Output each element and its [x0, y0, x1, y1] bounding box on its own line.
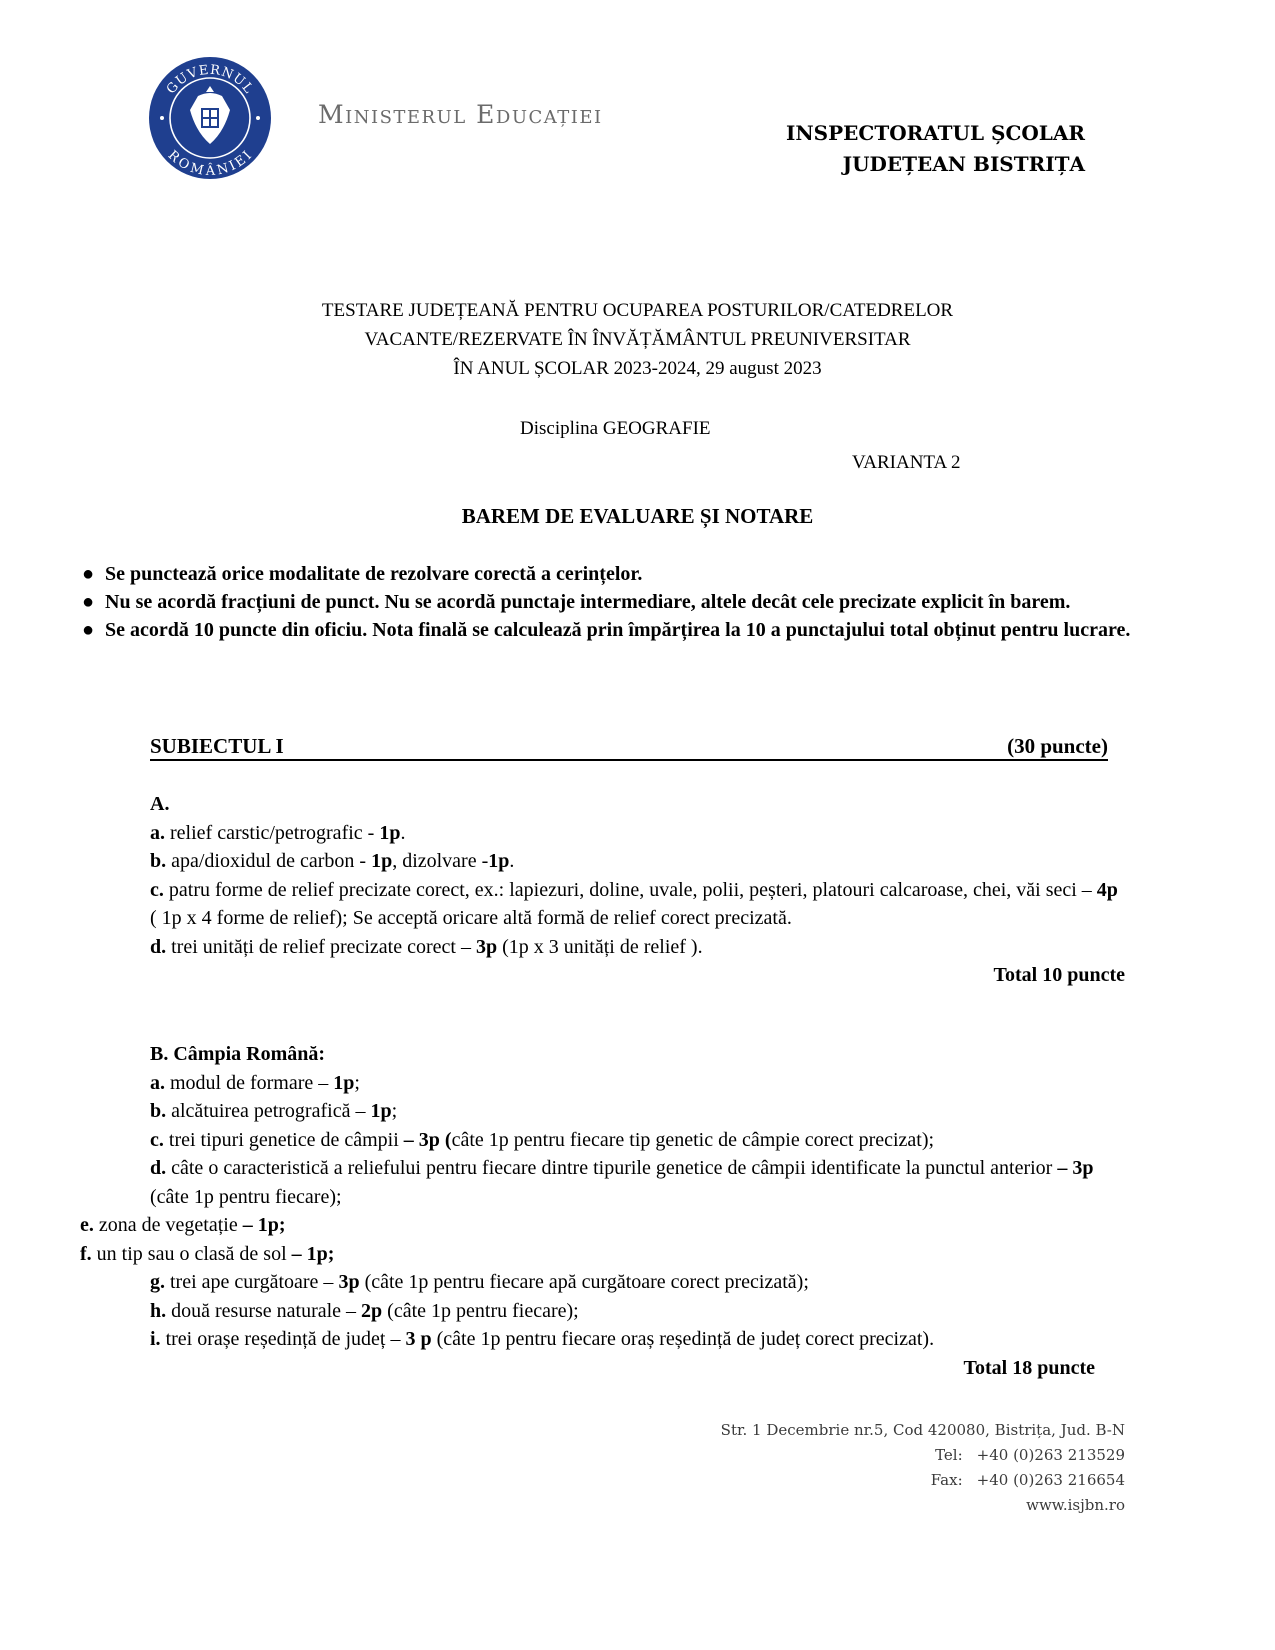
barem-title: BAREM DE EVALUARE ȘI NOTARE [0, 504, 1275, 529]
document-page: GUVERNUL ROMÂNIEI Ministerul Educației I… [0, 0, 1275, 1650]
scoring-item: a. modul de formare – 1p; [150, 1069, 1125, 1098]
item-points: – 1p; [243, 1214, 286, 1236]
discipline: Disciplina GEOGRAFIE [520, 418, 711, 440]
footer-address: Str. 1 Decembrie nr.5, Cod 420080, Bistr… [721, 1418, 1125, 1443]
item-letter: d. [150, 936, 171, 958]
title-line-2: VACANTE/REZERVATE ÎN ÎNVĂȚĂMÂNTUL PREUNI… [0, 325, 1275, 354]
item-text: ; [354, 1072, 360, 1094]
item-letter: a. [150, 822, 170, 844]
item-letter: e. [80, 1214, 99, 1236]
item-text: alcătuirea petrografică – [171, 1100, 370, 1122]
item-letter: c. [150, 1129, 169, 1151]
scoring-item: b. alcătuirea petrografică – 1p; [150, 1097, 1125, 1126]
subject-points: (30 puncte) [1007, 733, 1108, 759]
item-text: un tip sau o clasă de sol [97, 1243, 292, 1265]
fax-label: Fax: [931, 1468, 963, 1493]
footer-website[interactable]: www.isjbn.ro [721, 1493, 1125, 1518]
tel-label: Tel: [935, 1443, 963, 1468]
item-points: 1p [333, 1072, 354, 1094]
section-a: A. a. relief carstic/petrografic - 1p.b.… [150, 790, 1125, 990]
rule-text: Nu se acordă fracțiuni de punct. Nu se a… [100, 591, 1070, 613]
document-title: TESTARE JUDEȚEANĂ PENTRU OCUPAREA POSTUR… [0, 296, 1275, 383]
item-text: zona de vegetație [99, 1214, 243, 1236]
item-text: modul de formare – [170, 1072, 333, 1094]
contact-footer: Str. 1 Decembrie nr.5, Cod 420080, Bistr… [721, 1418, 1125, 1518]
item-text: ( 1p x 4 forme de relief); Se acceptă or… [150, 907, 792, 929]
item-points: 4p [1097, 879, 1118, 901]
scoring-item: d. trei unități de relief precizate core… [150, 933, 1125, 962]
item-points: 1p [370, 1100, 391, 1122]
scoring-item: h. două resurse naturale – 2p (câte 1p p… [150, 1297, 1125, 1326]
tel-value: +40 (0)263 213529 [977, 1446, 1125, 1464]
item-letter: b. [150, 850, 171, 872]
inspectorate-line-2: JUDEȚEAN BISTRIȚA [786, 149, 1085, 180]
item-text: două resurse naturale – [171, 1300, 361, 1322]
inspectorate-line-1: INSPECTORATUL ȘCOLAR [786, 118, 1085, 149]
scoring-item: d. câte o caracteristică a reliefului pe… [150, 1154, 1125, 1211]
item-points: 3p [338, 1271, 359, 1293]
item-points: 1p [371, 850, 392, 872]
scoring-item: a. relief carstic/petrografic - 1p. [150, 819, 1125, 848]
footer-tel: Tel:+40 (0)263 213529 [721, 1443, 1125, 1468]
scoring-item: i. trei orașe reședință de județ – 3 p (… [150, 1325, 1125, 1354]
item-points: – 3p [1057, 1157, 1093, 1179]
item-letter: b. [150, 1100, 171, 1122]
section-a-label: A. [150, 790, 1125, 819]
item-letter: c. [150, 879, 169, 901]
section-b: B. Câmpia Română: a. modul de formare – … [150, 1040, 1125, 1382]
scoring-item: e. zona de vegetație – 1p; [80, 1211, 1125, 1240]
item-letter: f. [80, 1243, 97, 1265]
item-letter: h. [150, 1300, 171, 1322]
guvernul-romaniei-seal-icon: GUVERNUL ROMÂNIEI [148, 56, 272, 180]
item-text: apa/dioxidul de carbon - [171, 850, 371, 872]
item-text: trei ape curgătoare – [170, 1271, 338, 1293]
item-letter: i. [150, 1328, 166, 1350]
item-letter: a. [150, 1072, 170, 1094]
item-text: relief carstic/petrografic - [170, 822, 379, 844]
item-points: 1p [379, 822, 400, 844]
ministry-name: Ministerul Educației [318, 100, 603, 129]
general-rules: ● Se punctează orice modalitate de rezol… [82, 560, 1142, 644]
scoring-item: f. un tip sau o clasă de sol – 1p; [80, 1240, 1125, 1269]
title-line-1: TESTARE JUDEȚEANĂ PENTRU OCUPAREA POSTUR… [0, 296, 1275, 325]
item-text: (câte 1p pentru fiecare oraș reședință d… [432, 1328, 935, 1350]
fax-value: +40 (0)263 216654 [977, 1471, 1125, 1489]
section-a-total: Total 10 puncte [150, 961, 1125, 990]
title-line-3: ÎN ANUL ȘCOLAR 2023-2024, 29 august 2023 [0, 354, 1275, 383]
item-text: trei orașe reședință de județ – [166, 1328, 406, 1350]
item-points: 2p [361, 1300, 382, 1322]
scoring-item: c. patru forme de relief precizate corec… [150, 876, 1125, 933]
item-text: patru forme de relief precizate corect, … [169, 879, 1097, 901]
item-text: câte 1p pentru fiecare tip genetic de câ… [452, 1129, 935, 1151]
item-points: – 1p; [292, 1243, 335, 1265]
item-text: . [400, 822, 405, 844]
subject-label: SUBIECTUL I [150, 733, 284, 759]
item-points: 3 p [405, 1328, 431, 1350]
bullet-icon: ● [82, 588, 100, 616]
section-b-label: B. Câmpia Română: [150, 1040, 1125, 1069]
rule-item: ● Nu se acordă fracțiuni de punct. Nu se… [82, 588, 1142, 616]
item-points: 3p [476, 936, 497, 958]
item-text: trei unități de relief precizate corect … [171, 936, 476, 958]
item-points: – 3p ( [404, 1129, 452, 1151]
scoring-item: b. apa/dioxidul de carbon - 1p, dizolvar… [150, 847, 1125, 876]
item-text: , dizolvare - [392, 850, 488, 872]
item-text: (câte 1p pentru fiecare apă curgătoare c… [360, 1271, 809, 1293]
variant: VARIANTA 2 [852, 452, 960, 474]
scoring-item: g. trei ape curgătoare – 3p (câte 1p pen… [150, 1268, 1125, 1297]
item-letter: g. [150, 1271, 170, 1293]
subject-header: SUBIECTUL I (30 puncte) [150, 733, 1108, 761]
scoring-item: c. trei tipuri genetice de câmpii – 3p (… [150, 1126, 1125, 1155]
bullet-icon: ● [82, 616, 100, 644]
section-b-total: Total 18 puncte [150, 1354, 1125, 1383]
item-text: . [509, 850, 514, 872]
item-text: câte o caracteristică a reliefului pentr… [171, 1157, 1057, 1179]
item-text: trei tipuri genetice de câmpii [169, 1129, 404, 1151]
bullet-icon: ● [82, 560, 100, 588]
rule-item: ● Se acordă 10 puncte din oficiu. Nota f… [82, 616, 1142, 644]
rule-text: Se acordă 10 puncte din oficiu. Nota fin… [100, 619, 1130, 641]
rule-item: ● Se punctează orice modalitate de rezol… [82, 560, 1142, 588]
footer-fax: Fax:+40 (0)263 216654 [721, 1468, 1125, 1493]
item-text: (câte 1p pentru fiecare); [150, 1186, 342, 1208]
item-text: ; [392, 1100, 398, 1122]
item-points: 1p [488, 850, 509, 872]
item-letter: d. [150, 1157, 171, 1179]
rule-text: Se punctează orice modalitate de rezolva… [100, 563, 642, 585]
item-text: (câte 1p pentru fiecare); [382, 1300, 579, 1322]
item-text: (1p x 3 unități de relief ). [497, 936, 703, 958]
inspectorate-name: INSPECTORATUL ȘCOLAR JUDEȚEAN BISTRIȚA [786, 118, 1085, 180]
